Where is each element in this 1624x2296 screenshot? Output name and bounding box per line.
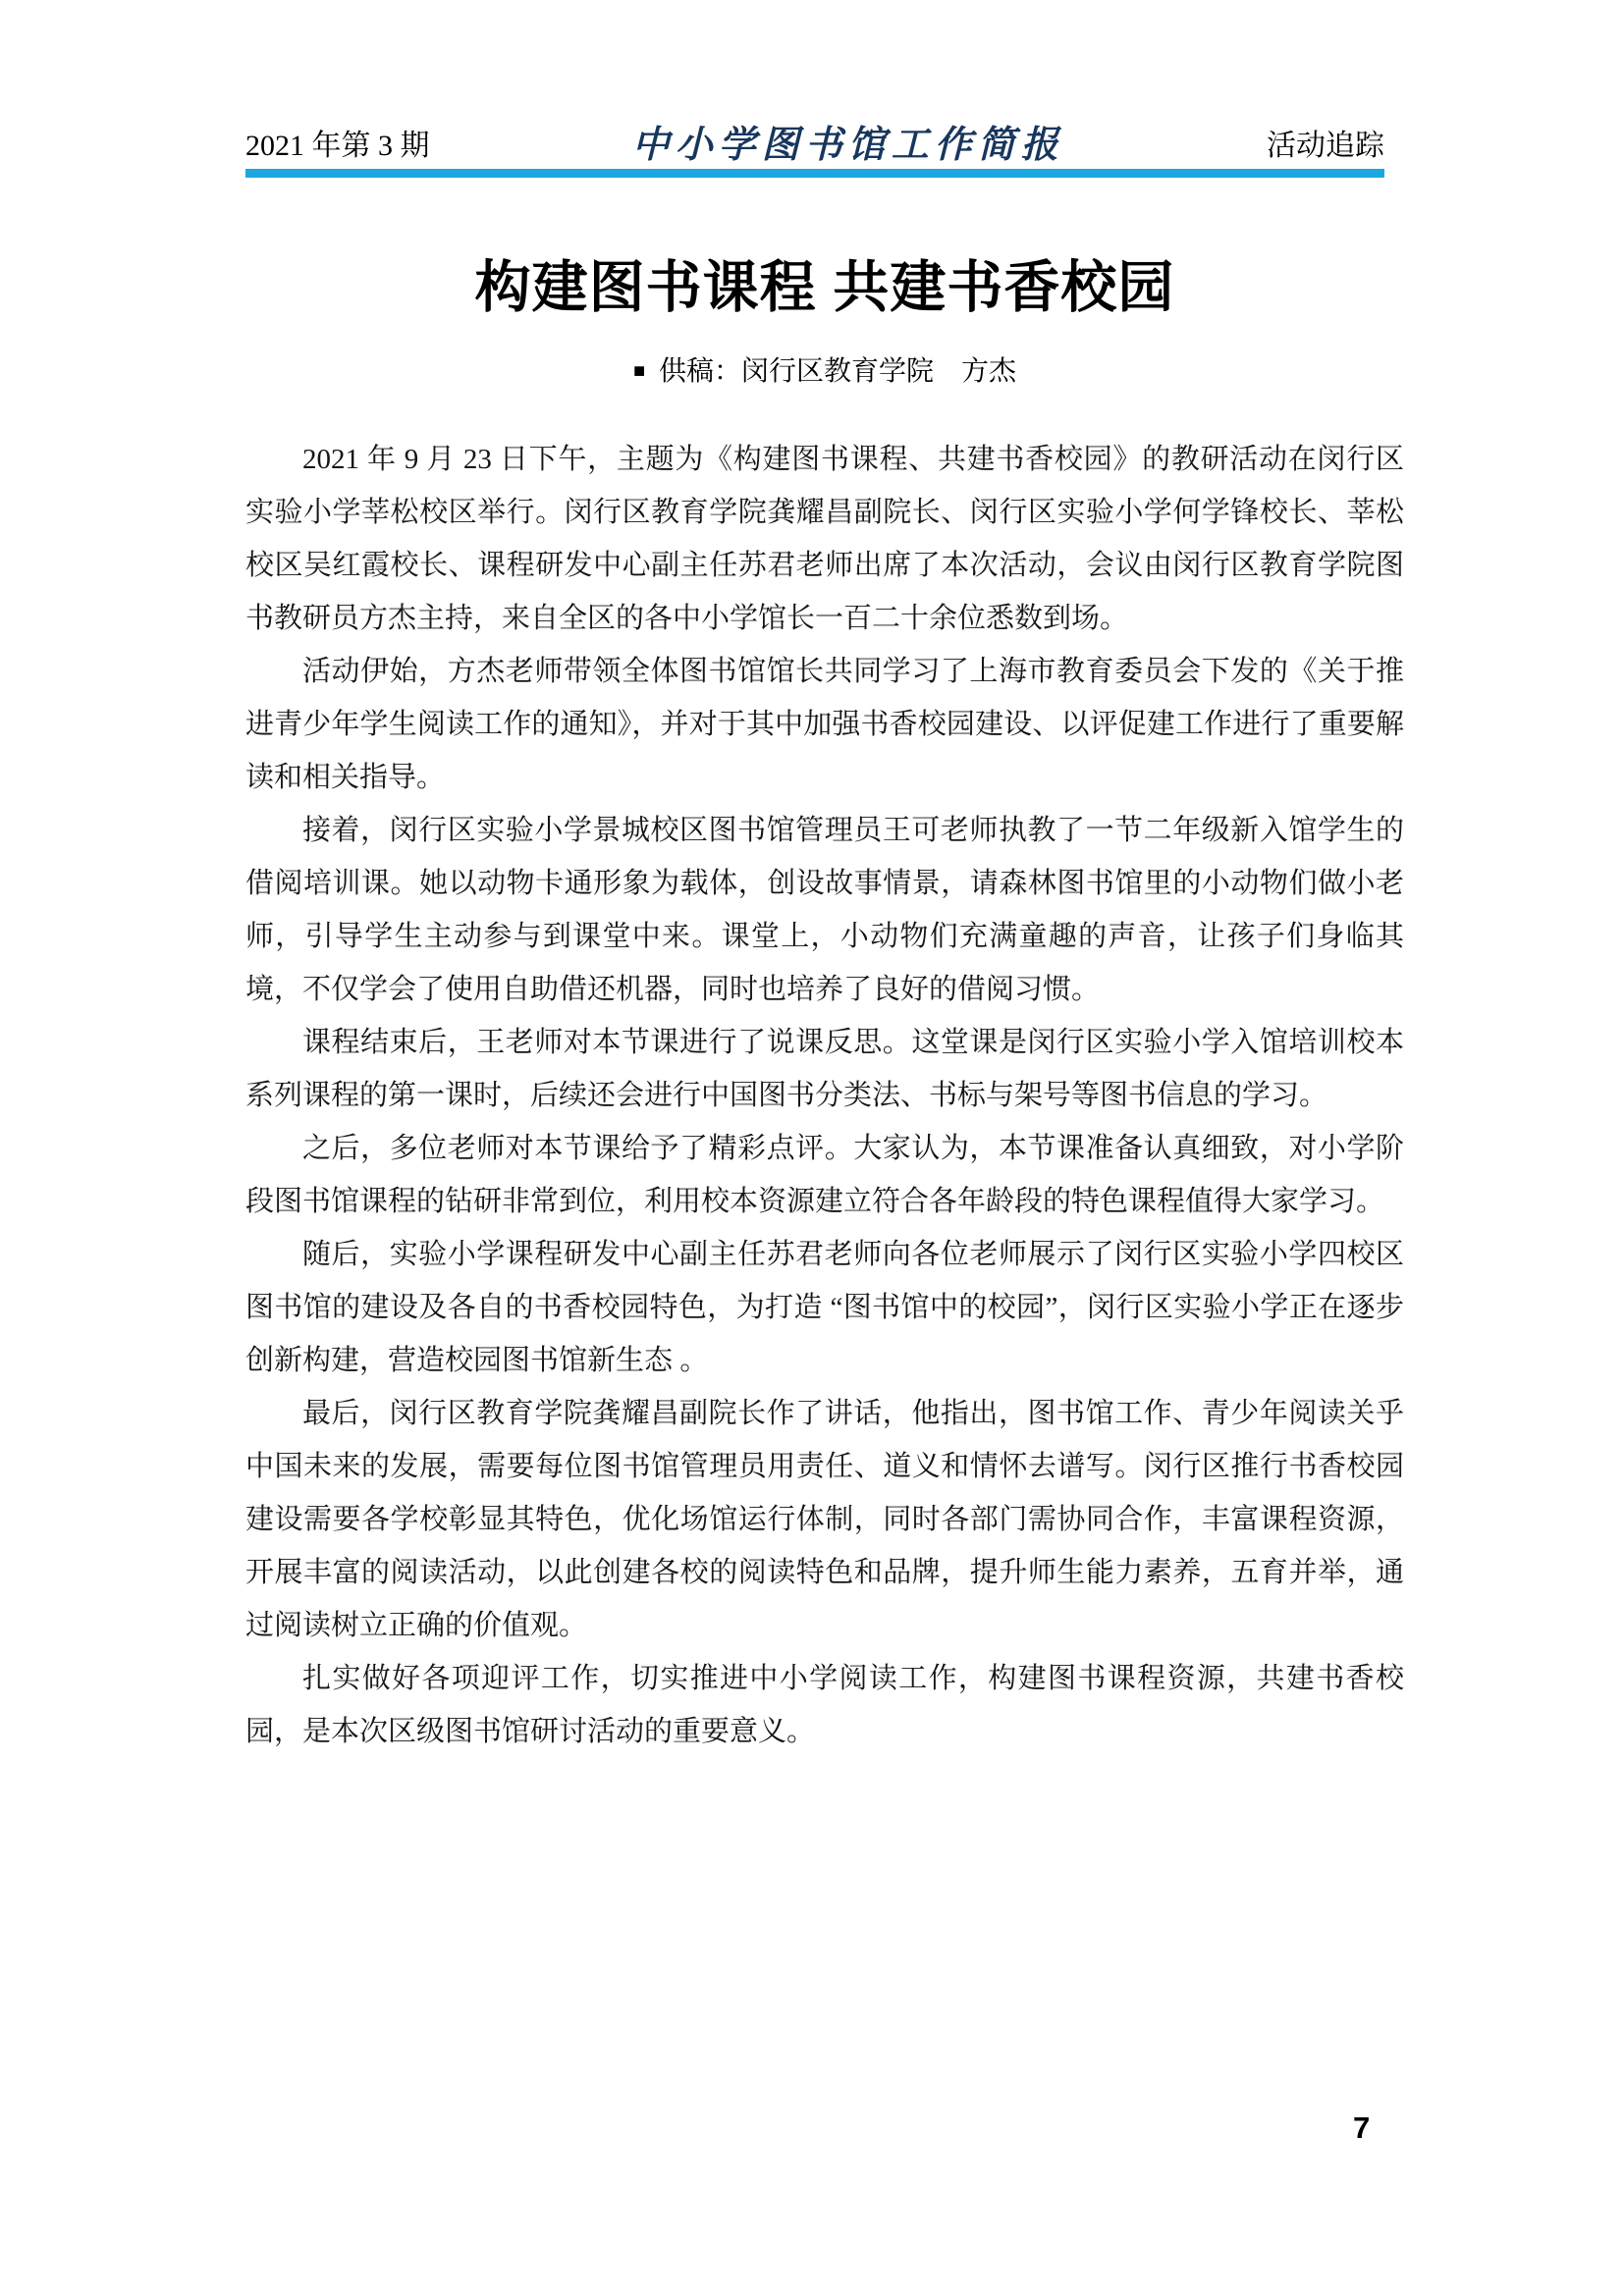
article-paragraph: 之后，多位老师对本节课给予了精彩点评。大家认为，本节课准备认真细致，对小学阶段图… <box>245 1122 1404 1228</box>
byline-text: 供稿：闵行区教育学院 方杰 <box>659 356 1016 387</box>
article-paragraph: 接着，闵行区实验小学景城校区图书馆管理员王可老师执教了一节二年级新入馆学生的借阅… <box>245 804 1404 1016</box>
section-label: 活动追踪 <box>1267 128 1384 165</box>
article-paragraph: 课程结束后，王老师对本节课进行了说课反思。这堂课是闵行区实验小学入馆培训校本系列… <box>245 1016 1404 1122</box>
article-title: 构建图书课程 共建书香校园 <box>245 251 1404 324</box>
article-paragraph: 2021 年 9 月 23 日下午，主题为《构建图书课程、共建书香校园》的教研活… <box>245 433 1404 645</box>
article-paragraph: 活动伊始，方杰老师带领全体图书馆馆长共同学习了上海市教育委员会下发的《关于推进青… <box>245 645 1404 804</box>
byline: ■供稿：闵行区教育学院 方杰 <box>245 351 1404 392</box>
article-body: 2021 年 9 月 23 日下午，主题为《构建图书课程、共建书香校园》的教研活… <box>245 433 1404 1758</box>
article-paragraph: 最后，闵行区教育学院龚耀昌副院长作了讲话，他指出，图书馆工作、青少年阅读关乎中国… <box>245 1387 1404 1652</box>
masthead-title: 中小学图书馆工作简报 <box>632 124 1064 165</box>
byline-square-icon: ■ <box>633 351 645 391</box>
article-paragraph: 扎实做好各项迎评工作，切实推进中小学阅读工作，构建图书课程资源，共建书香校园，是… <box>245 1652 1404 1758</box>
newsletter-page: 2021 年第 3 期 中小学图书馆工作简报 活动追踪 构建图书课程 共建书香校… <box>0 0 1624 2296</box>
header-rule <box>245 169 1384 178</box>
article-paragraph: 随后，实验小学课程研发中心副主任苏君老师向各位老师展示了闵行区实验小学四校区图书… <box>245 1228 1404 1387</box>
page-header: 2021 年第 3 期 中小学图书馆工作简报 活动追踪 <box>245 124 1384 165</box>
page-number: 7 <box>1353 2110 1370 2146</box>
issue-label: 2021 年第 3 期 <box>245 128 430 165</box>
